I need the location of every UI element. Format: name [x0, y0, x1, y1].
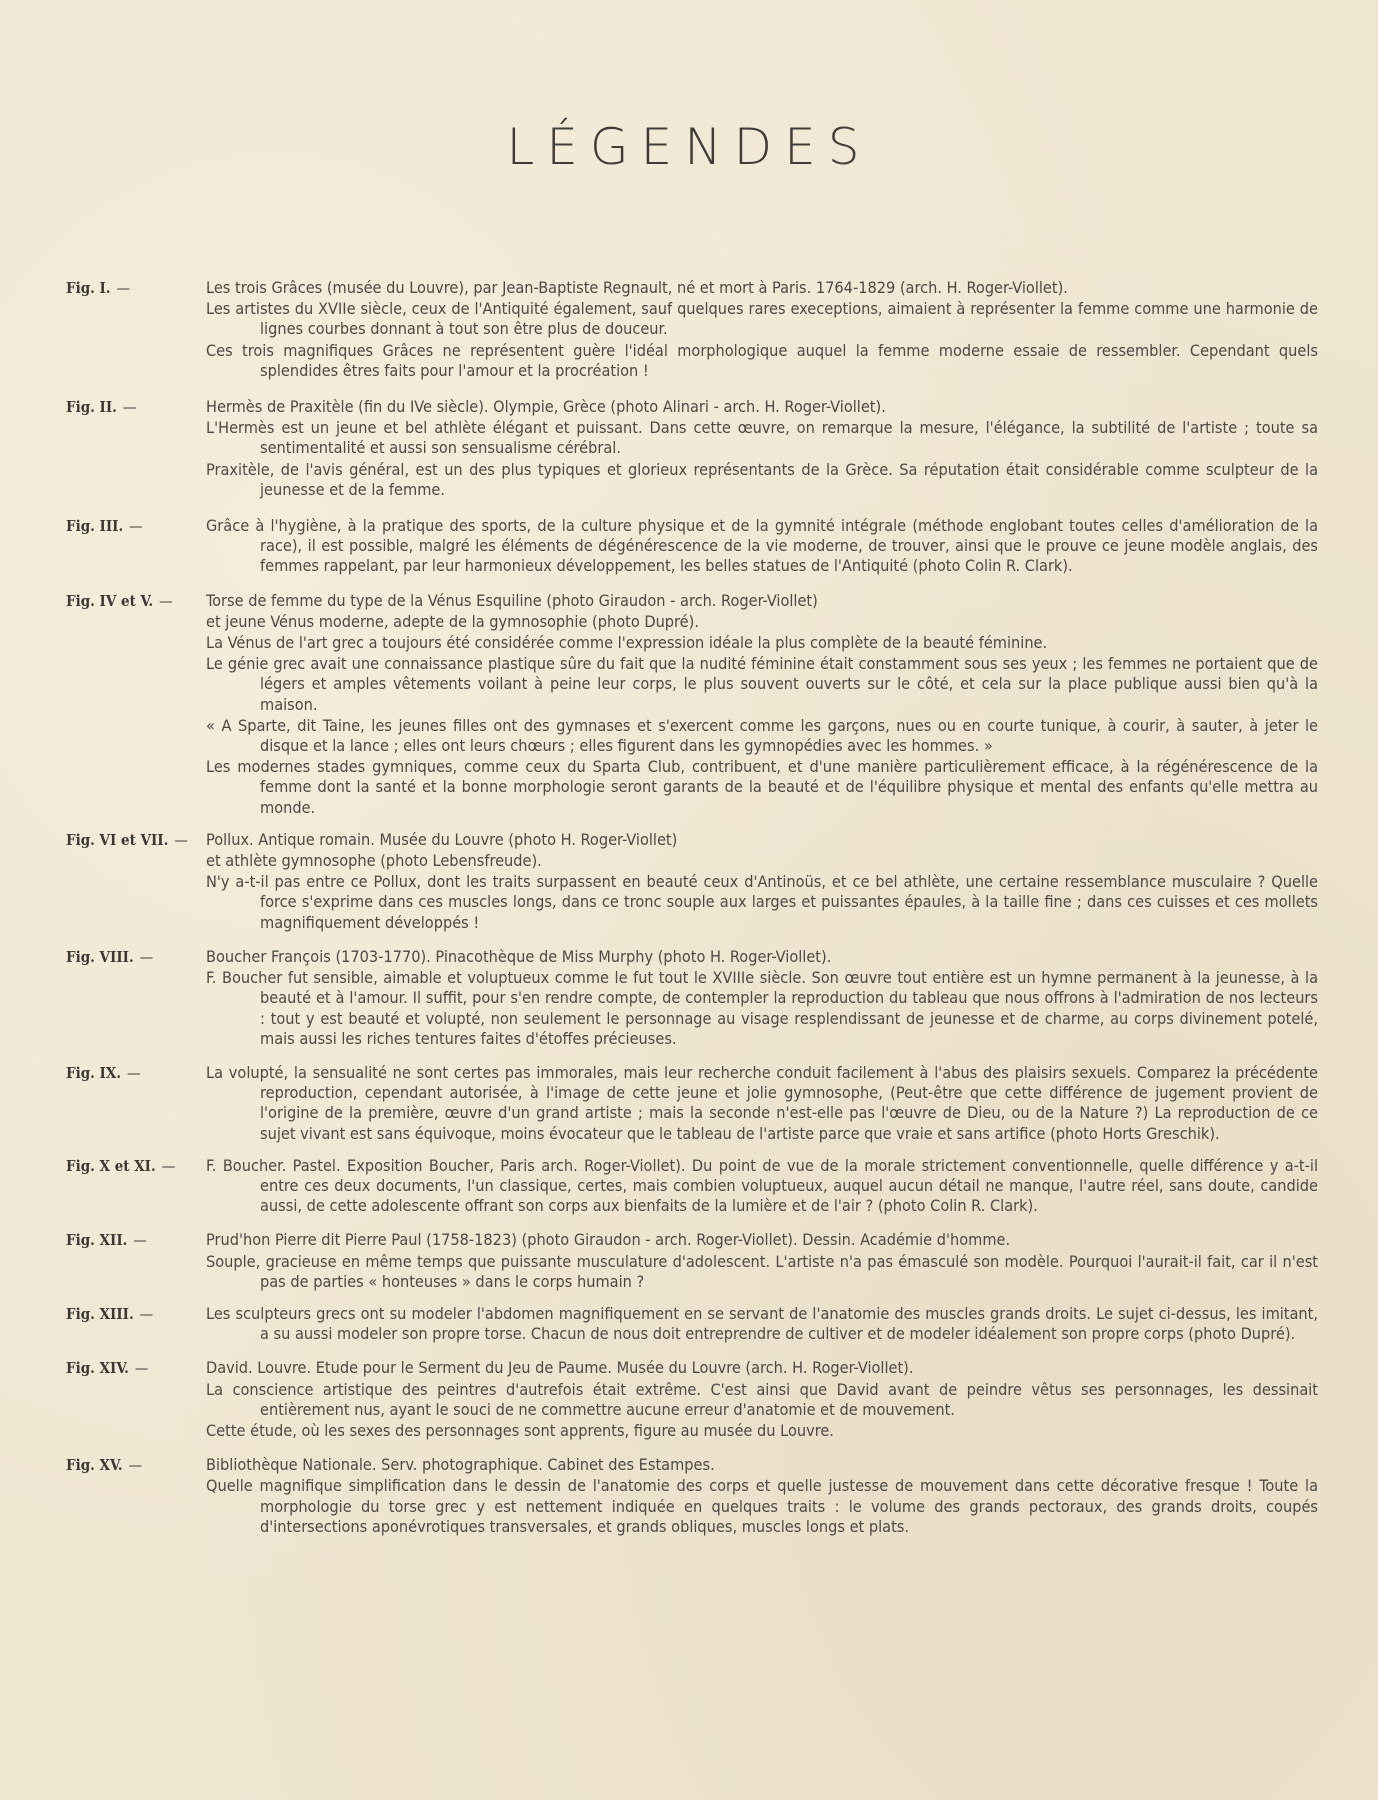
legend-paragraph: La conscience artistique des peintres d'… — [206, 1380, 1318, 1420]
legend-entry: Fig. XIII.— Les sculpteurs grecs ont su … — [66, 1304, 1318, 1344]
figure-number: Fig. XIII. — [66, 1305, 134, 1323]
legend-paragraph: La Vénus de l'art grec a toujours été co… — [206, 633, 1318, 653]
figure-number: Fig. X et XI. — [66, 1157, 156, 1175]
legend-body: Pollux. Antique romain. Musée du Louvre … — [206, 830, 1318, 933]
figure-label: Fig. X et XI.— — [66, 1156, 206, 1217]
figure-number: Fig. XIV. — [66, 1359, 129, 1377]
legend-paragraph: Prud'hon Pierre dit Pierre Paul (1758-18… — [206, 1230, 1318, 1250]
legend-entry: Fig. III.— Grâce à l'hygiène, à la prati… — [66, 516, 1318, 577]
figure-label: Fig. XV.— — [66, 1455, 206, 1537]
legend-entry: Fig. X et XI.— F. Boucher. Pastel. Expos… — [66, 1156, 1318, 1217]
legend-paragraph: Les modernes stades gymniques, comme ceu… — [206, 757, 1318, 818]
legend-paragraph: La volupté, la sensualité ne sont certes… — [206, 1063, 1318, 1144]
legend-body: Prud'hon Pierre dit Pierre Paul (1758-18… — [206, 1230, 1318, 1292]
legend-paragraph: « A Sparte, dit Taine, les jeunes filles… — [206, 716, 1318, 756]
legend-entry: Fig. XIV.— David. Louvre. Etude pour le … — [66, 1358, 1318, 1441]
figure-label: Fig. VIII.— — [66, 947, 206, 1049]
em-dash: — — [129, 517, 143, 535]
figure-label: Fig. I.— — [66, 278, 206, 381]
legend-body: Les sculpteurs grecs ont su modeler l'ab… — [206, 1304, 1318, 1344]
figure-number: Fig. XII. — [66, 1231, 127, 1249]
em-dash: — — [174, 831, 188, 849]
figure-number: Fig. I. — [66, 279, 111, 297]
figure-label: Fig. XIII.— — [66, 1304, 206, 1344]
figure-label: Fig. XIV.— — [66, 1358, 206, 1441]
legend-entry: Fig. VI et VII.— Pollux. Antique romain.… — [66, 830, 1318, 933]
figure-number: Fig. IX. — [66, 1064, 121, 1082]
legend-paragraph: et jeune Vénus moderne, adepte de la gym… — [206, 612, 1318, 632]
legend-paragraph: Hermès de Praxitèle (fin du IVe siècle).… — [206, 397, 1318, 417]
legend-body: F. Boucher. Pastel. Exposition Boucher, … — [206, 1156, 1318, 1217]
em-dash: — — [140, 1305, 154, 1323]
legend-paragraph: F. Boucher. Pastel. Exposition Boucher, … — [206, 1156, 1318, 1217]
legend-paragraph: et athlète gymnosophe (photo Lebensfreud… — [206, 851, 1318, 871]
figure-label: Fig. III.— — [66, 516, 206, 577]
legend-body: La volupté, la sensualité ne sont certes… — [206, 1063, 1318, 1144]
legend-body: David. Louvre. Etude pour le Serment du … — [206, 1358, 1318, 1441]
legend-entry: Fig. II.— Hermès de Praxitèle (fin du IV… — [66, 397, 1318, 500]
legend-entry: Fig. XV.— Bibliothèque Nationale. Serv. … — [66, 1455, 1318, 1537]
figure-number: Fig. II. — [66, 398, 117, 416]
em-dash: — — [127, 1064, 141, 1082]
figure-number: Fig. XV. — [66, 1456, 123, 1474]
em-dash: — — [123, 398, 137, 416]
legend-body: Les trois Grâces (musée du Louvre), par … — [206, 278, 1318, 381]
figure-label: Fig. VI et VII.— — [66, 830, 206, 933]
legend-body: Bibliothèque Nationale. Serv. photograph… — [206, 1455, 1318, 1537]
legend-paragraph: David. Louvre. Etude pour le Serment du … — [206, 1358, 1318, 1378]
legend-paragraph: Torse de femme du type de la Vénus Esqui… — [206, 591, 1318, 611]
legend-body: Boucher François (1703-1770). Pinacothèq… — [206, 947, 1318, 1049]
legend-body: Hermès de Praxitèle (fin du IVe siècle).… — [206, 397, 1318, 500]
em-dash: — — [162, 1157, 176, 1175]
em-dash: — — [117, 279, 131, 297]
page-title: LÉGENDES — [0, 118, 1378, 176]
legend-paragraph: Praxitèle, de l'avis général, est un des… — [206, 460, 1318, 500]
legend-paragraph: Quelle magnifique simplification dans le… — [206, 1476, 1318, 1537]
legend-paragraph: Les artistes du XVIIe siècle, ceux de l'… — [206, 299, 1318, 339]
em-dash: — — [159, 592, 173, 610]
legend-paragraph: L'Hermès est un jeune et bel athlète élé… — [206, 418, 1318, 458]
figure-label: Fig. IX.— — [66, 1063, 206, 1144]
legend-entry: Fig. VIII.— Boucher François (1703-1770)… — [66, 947, 1318, 1049]
figure-number: Fig. VI et VII. — [66, 831, 168, 849]
legend-paragraph: Les sculpteurs grecs ont su modeler l'ab… — [206, 1304, 1318, 1344]
legend-paragraph: Bibliothèque Nationale. Serv. photograph… — [206, 1455, 1318, 1475]
figure-number: Fig. IV et V. — [66, 592, 153, 610]
em-dash: — — [135, 1359, 149, 1377]
legend-paragraph: F. Boucher fut sensible, aimable et volu… — [206, 968, 1318, 1049]
em-dash: — — [140, 948, 154, 966]
figure-number: Fig. VIII. — [66, 948, 134, 966]
legend-body: Torse de femme du type de la Vénus Esqui… — [206, 591, 1318, 818]
legend-paragraph: Pollux. Antique romain. Musée du Louvre … — [206, 830, 1318, 850]
legend-paragraph: Le génie grec avait une connaissance pla… — [206, 654, 1318, 715]
legend-paragraph: Grâce à l'hygiène, à la pratique des spo… — [206, 516, 1318, 577]
em-dash: — — [133, 1231, 147, 1249]
legend-paragraph: Les trois Grâces (musée du Louvre), par … — [206, 278, 1318, 298]
figure-label: Fig. IV et V.— — [66, 591, 206, 818]
legend-list: Fig. I.— Les trois Grâces (musée du Louv… — [66, 264, 1318, 1537]
legend-entry: Fig. IV et V.— Torse de femme du type de… — [66, 591, 1318, 818]
figure-label: Fig. XII.— — [66, 1230, 206, 1292]
legend-paragraph: N'y a-t-il pas entre ce Pollux, dont les… — [206, 872, 1318, 933]
legend-paragraph: Ces trois magnifiques Grâces ne représen… — [206, 341, 1318, 381]
legend-entry: Fig. IX.— La volupté, la sensualité ne s… — [66, 1063, 1318, 1144]
legend-body: Grâce à l'hygiène, à la pratique des spo… — [206, 516, 1318, 577]
legend-entry: Fig. I.— Les trois Grâces (musée du Louv… — [66, 278, 1318, 381]
legend-paragraph: Souple, gracieuse en même temps que puis… — [206, 1252, 1318, 1292]
figure-label: Fig. II.— — [66, 397, 206, 500]
em-dash: — — [129, 1456, 143, 1474]
legend-entry: Fig. XII.— Prud'hon Pierre dit Pierre Pa… — [66, 1230, 1318, 1292]
figure-number: Fig. III. — [66, 517, 123, 535]
legend-paragraph: Cette étude, où les sexes des personnage… — [206, 1421, 1318, 1441]
legend-paragraph: Boucher François (1703-1770). Pinacothèq… — [206, 947, 1318, 967]
